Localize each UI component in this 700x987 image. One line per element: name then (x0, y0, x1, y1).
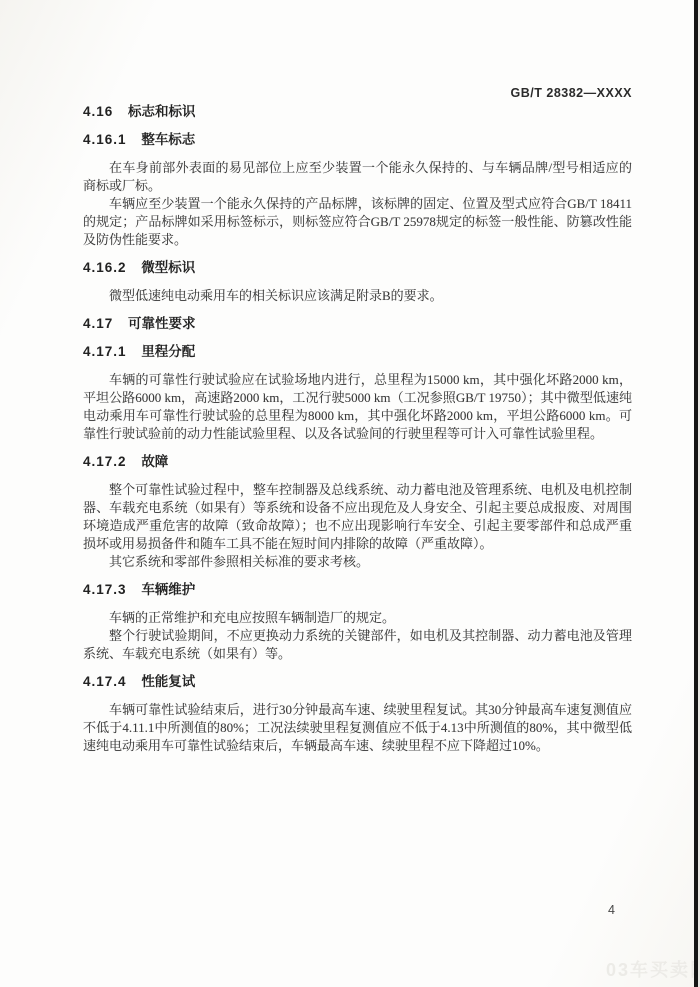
heading-number: 4.16.1 (83, 132, 127, 147)
heading-title: 可靠性要求 (128, 316, 196, 331)
paragraph: 车辆的正常维护和充电应按照车辆制造厂的规定。 (83, 609, 632, 627)
heading-number: 4.17.3 (83, 582, 127, 597)
heading-number: 4.17 (83, 316, 113, 331)
paragraph: 微型低速纯电动乘用车的相关标识应该满足附录B的要求。 (83, 287, 632, 305)
paragraph: 整个可靠性试验过程中，整车控制器及总线系统、动力蓄电池及管理系统、电机及电机控制… (83, 481, 632, 553)
heading-4-16-2: 4.16.2 微型标识 (83, 259, 632, 277)
heading-4-17-4: 4.17.4 性能复试 (83, 673, 632, 691)
heading-4-16: 4.16 标志和标识 (83, 103, 632, 121)
watermark: 03车买卖网 (606, 956, 700, 982)
heading-title: 标志和标识 (128, 104, 196, 119)
document-page: GB/T 28382—XXXX 4.16 标志和标识 4.16.1 整车标志 在… (0, 0, 700, 987)
heading-title: 微型标识 (141, 260, 195, 275)
heading-4-16-1: 4.16.1 整车标志 (83, 131, 632, 149)
heading-title: 整车标志 (141, 132, 195, 147)
page-number: 4 (608, 903, 615, 917)
heading-number: 4.17.4 (83, 674, 127, 689)
paragraph: 车辆应至少装置一个能永久保持的产品标牌，该标牌的固定、位置及型式应符合GB/T … (83, 195, 632, 249)
paragraph: 在车身前部外表面的易见部位上应至少装置一个能永久保持的、与车辆品牌/型号相适应的… (83, 159, 632, 195)
heading-number: 4.17.1 (83, 344, 127, 359)
heading-title: 故障 (141, 454, 168, 469)
heading-4-17-1: 4.17.1 里程分配 (83, 343, 632, 361)
paragraph: 车辆的可靠性行驶试验应在试验场地内进行，总里程为15000 km，其中强化坏路2… (83, 371, 632, 443)
page-content: GB/T 28382—XXXX 4.16 标志和标识 4.16.1 整车标志 在… (83, 86, 632, 755)
heading-title: 性能复试 (141, 674, 195, 689)
paragraph: 车辆可靠性试验结束后，进行30分钟最高车速、续驶里程复试。其30分钟最高车速复测… (83, 701, 632, 755)
paragraph: 整个行驶试验期间，不应更换动力系统的关键部件，如电机及其控制器、动力蓄电池及管理… (83, 627, 632, 663)
heading-number: 4.17.2 (83, 454, 127, 469)
heading-4-17-3: 4.17.3 车辆维护 (83, 581, 632, 599)
heading-4-17: 4.17 可靠性要求 (83, 315, 632, 333)
heading-number: 4.16.2 (83, 260, 127, 275)
heading-4-17-2: 4.17.2 故障 (83, 453, 632, 471)
paragraph: 其它系统和零部件参照相关标准的要求考核。 (83, 553, 632, 571)
heading-title: 车辆维护 (141, 582, 195, 597)
heading-number: 4.16 (83, 104, 113, 119)
standard-code-header: GB/T 28382—XXXX (83, 86, 632, 100)
heading-title: 里程分配 (141, 344, 195, 359)
